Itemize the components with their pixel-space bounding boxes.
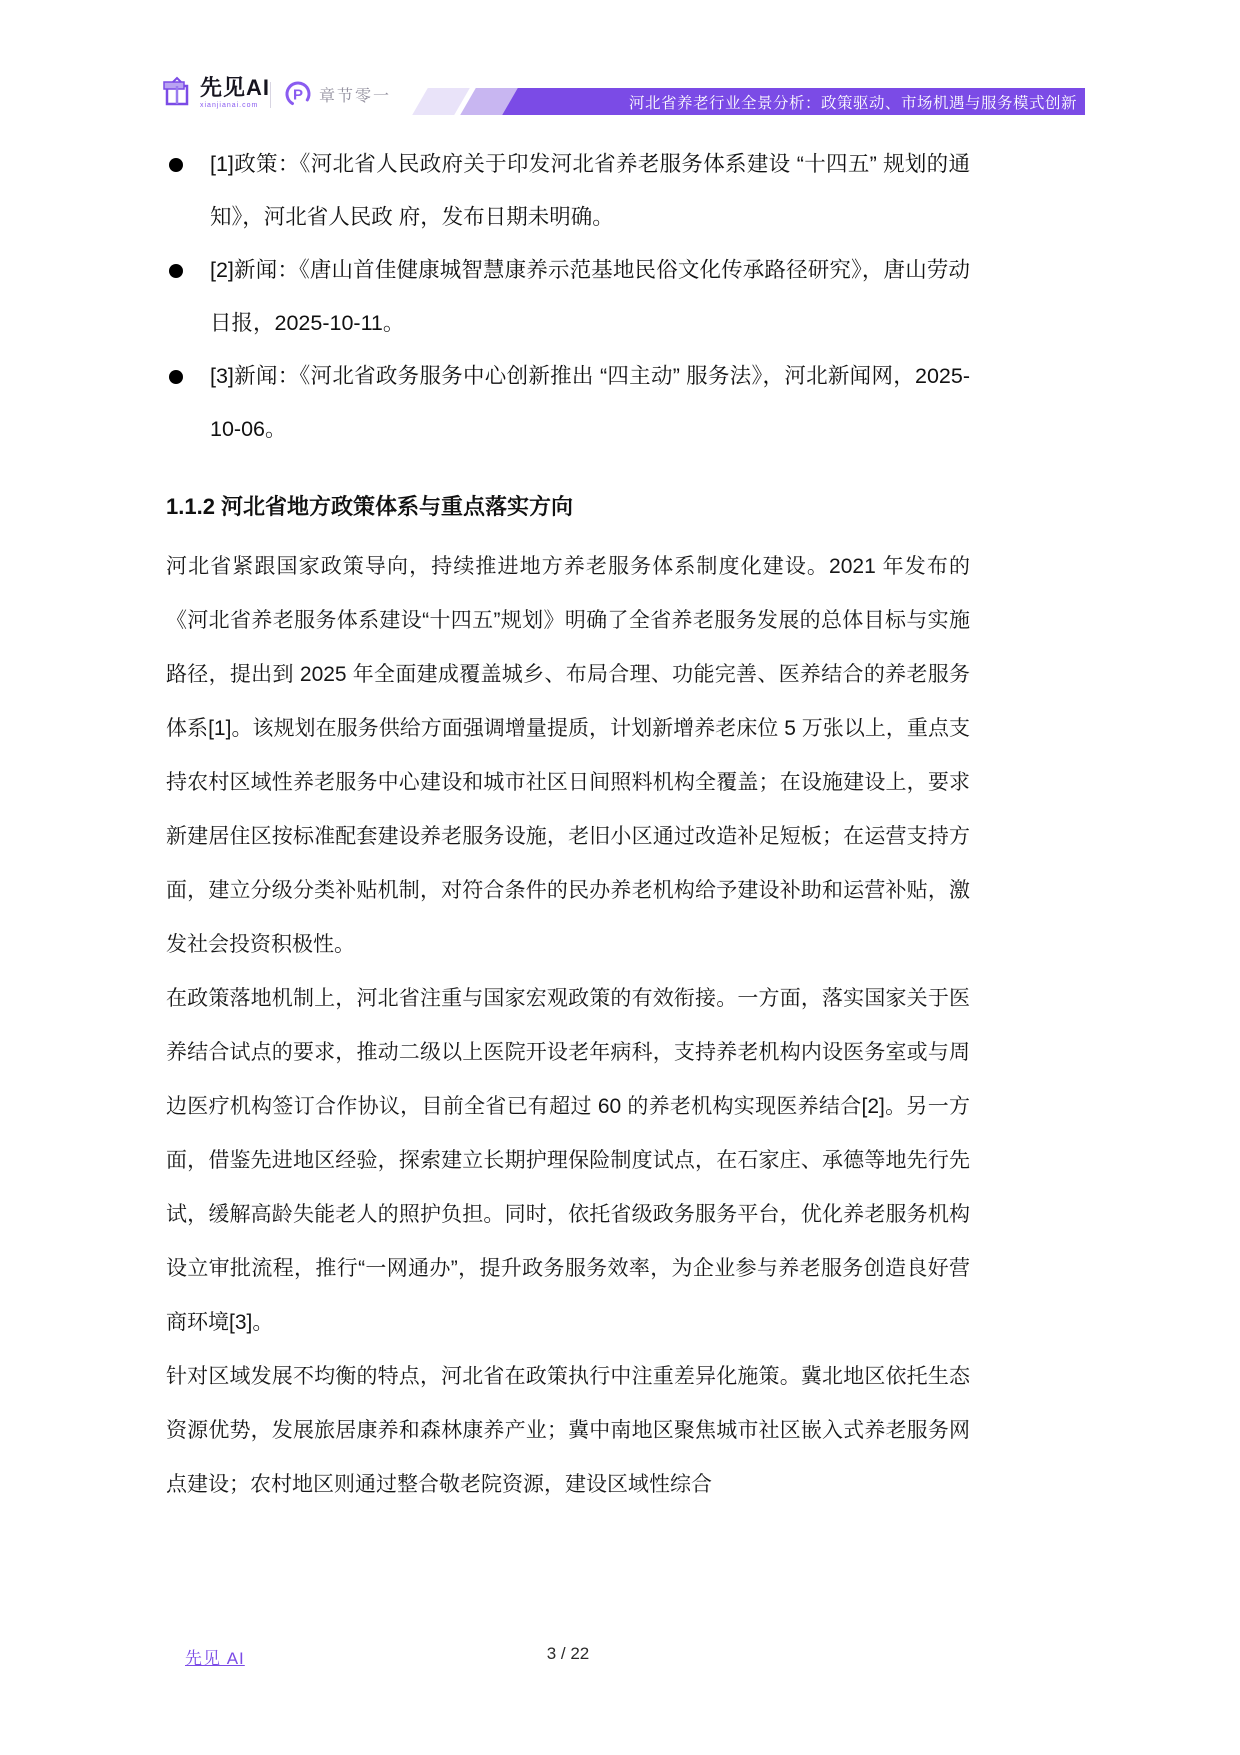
- document-body: [1]政策：《河北省人民政府关于印发河北省养老服务体系建设 “十四五” 规划的通…: [166, 138, 970, 1512]
- bullet-icon: [169, 370, 183, 384]
- banner-title-bar: 河北省养老行业全景分析：政策驱动、市场机遇与服务模式创新: [498, 88, 1085, 115]
- partner-logo-icon: P: [284, 80, 312, 108]
- header-banner: 河北省养老行业全景分析：政策驱动、市场机遇与服务模式创新: [420, 88, 1085, 115]
- brand-site: xianjianai.com: [200, 102, 270, 109]
- section-heading: 1.1.2 河北省地方政策体系与重点落实方向: [166, 492, 970, 522]
- banner-title: 河北省养老行业全景分析：政策驱动、市场机遇与服务模式创新: [629, 91, 1077, 113]
- page-number: 3 / 22: [166, 1644, 970, 1664]
- paragraph-3: 针对区域发展不均衡的特点，河北省在政策执行中注重差异化施策。冀北地区依托生态资源…: [166, 1350, 970, 1512]
- partner-logo: P 章节零一: [284, 80, 391, 108]
- document-page: 先见AI xianjianai.com P 章节零一 河北省养老行业全景分析：政…: [0, 0, 1240, 1755]
- brand-name: 先见AI: [200, 77, 270, 99]
- brand-text: 先见AI xianjianai.com: [200, 77, 270, 109]
- svg-text:P: P: [293, 87, 303, 104]
- reference-item-2: [2]新闻：《唐山首佳健康城智慧康养示范基地民俗文化传承路径研究》，唐山劳动日报…: [166, 244, 970, 350]
- reference-item-1: [1]政策：《河北省人民政府关于印发河北省养老服务体系建设 “十四五” 规划的通…: [166, 138, 970, 244]
- bullet-icon: [169, 264, 183, 278]
- brand-logo-icon: [160, 76, 194, 110]
- reference-text: [3]新闻：《河北省政务服务中心创新推出 “四主动” 服务法》，河北新闻网，20…: [210, 364, 970, 441]
- reference-text: [2]新闻：《唐山首佳健康城智慧康养示范基地民俗文化传承路径研究》，唐山劳动日报…: [210, 258, 970, 335]
- body-paragraphs: 河北省紧跟国家政策导向，持续推进地方养老服务体系制度化建设。2021 年发布的《…: [166, 540, 970, 1512]
- page-header: 先见AI xianjianai.com P 章节零一 河北省养老行业全景分析：政…: [0, 0, 1240, 130]
- reference-item-3: [3]新闻：《河北省政务服务中心创新推出 “四主动” 服务法》，河北新闻网，20…: [166, 350, 970, 456]
- partner-name: 章节零一: [319, 83, 391, 106]
- header-divider: [270, 82, 271, 108]
- paragraph-1: 河北省紧跟国家政策导向，持续推进地方养老服务体系制度化建设。2021 年发布的《…: [166, 540, 970, 972]
- reference-text: [1]政策：《河北省人民政府关于印发河北省养老服务体系建设 “十四五” 规划的通…: [210, 152, 970, 229]
- paragraph-2: 在政策落地机制上，河北省注重与国家宏观政策的有效衔接。一方面，落实国家关于医养结…: [166, 972, 970, 1350]
- bullet-icon: [169, 158, 183, 172]
- reference-list: [1]政策：《河北省人民政府关于印发河北省养老服务体系建设 “十四五” 规划的通…: [166, 138, 970, 456]
- brand-logo: 先见AI xianjianai.com: [160, 76, 270, 110]
